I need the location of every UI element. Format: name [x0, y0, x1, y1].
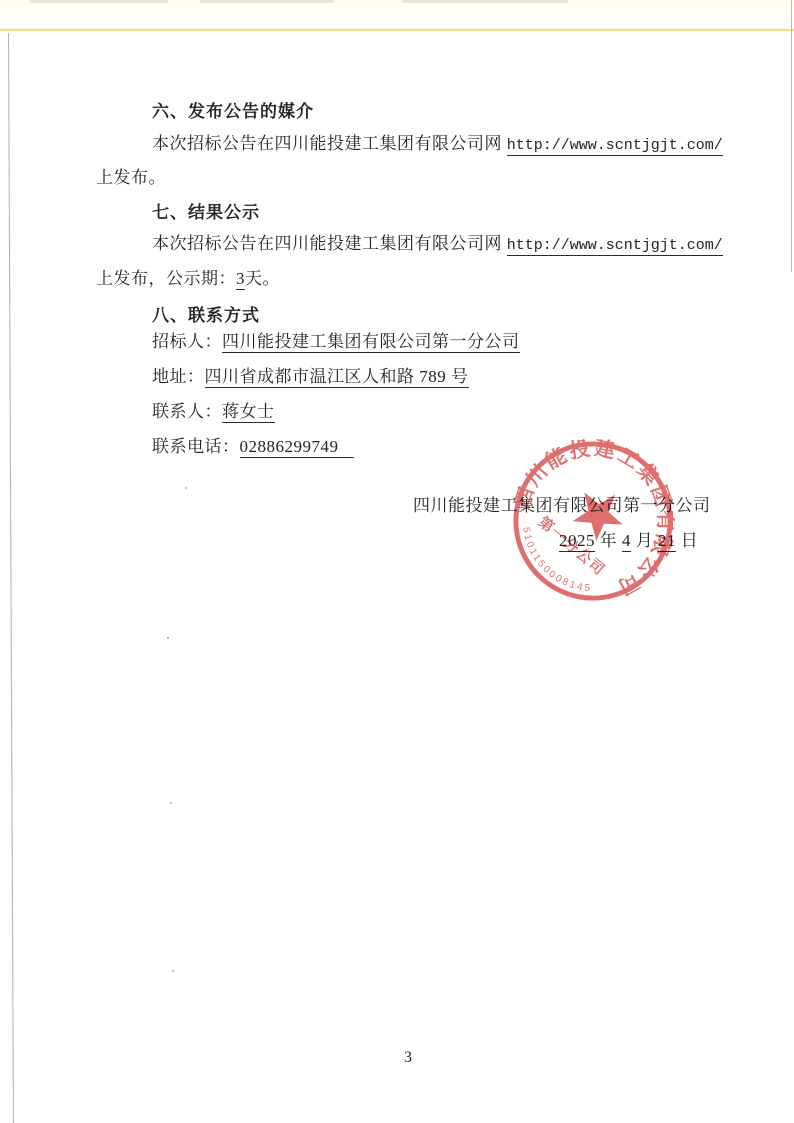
contact-row-person: 联系人：蒋女士: [152, 401, 275, 423]
media-body-prefix: 本次招标公告在四川能投建工集团有限公司网: [152, 134, 507, 153]
page-number: 3: [404, 1047, 413, 1069]
scan-artifact-smudge: [403, 0, 568, 3]
contact-row-phone: 联系电话：02886299749: [152, 436, 354, 458]
section-media-body-line1: 本次招标公告在四川能投建工集团有限公司网 http://www.scntjgjt…: [152, 133, 723, 155]
section-media-body-line2: 上发布。: [96, 167, 166, 189]
scanned-document: { "page": { "page_number": "3" }, "secti…: [0, 0, 794, 1123]
scan-artifact-speck: [167, 637, 169, 639]
field-label: 联系电话：: [152, 437, 240, 456]
scan-artifact-left-edge-line: [8, 33, 14, 1123]
contact-row-tenderer: 招标人：四川能投建工集团有限公司第一分公司: [152, 331, 520, 353]
scan-artifact-right-edge-line: [791, 0, 792, 272]
section-heading-contact: 八、联系方式: [152, 305, 260, 327]
website-url: http://www.scntjgjt.com/: [507, 237, 723, 256]
website-url: http://www.scntjgjt.com/: [507, 137, 723, 156]
date-day-label: 日: [681, 531, 699, 550]
results-cont-suffix: 天。: [245, 269, 280, 288]
seal-star-icon: [566, 479, 635, 547]
section-results-body-line2: 上发布，公示期：3天。: [96, 268, 280, 290]
phone-value: 02886299749: [240, 437, 354, 458]
field-label: 联系人：: [152, 402, 222, 421]
publicity-days-value: 3: [236, 269, 245, 290]
contact-person-value: 蒋女士: [222, 402, 275, 423]
field-label: 招标人：: [152, 332, 222, 351]
company-seal-stamp: 四川能投建工集团有限公司 第一分公司 5101150008145: [511, 439, 675, 603]
scan-artifact-smudge: [30, 0, 168, 3]
contact-row-address: 地址：四川省成都市温江区人和路 789 号: [152, 366, 469, 388]
results-body-prefix: 本次招标公告在四川能投建工集团有限公司网: [152, 234, 507, 253]
address-value: 四川省成都市温江区人和路 789 号: [205, 367, 469, 388]
tenderer-value: 四川能投建工集团有限公司第一分公司: [222, 332, 520, 353]
results-cont-prefix: 上发布，公示期：: [96, 269, 236, 288]
scan-artifact-top-band: [0, 0, 794, 31]
field-label: 地址：: [152, 367, 205, 386]
section-heading-results: 七、结果公示: [152, 202, 260, 224]
scan-artifact-smudge: [200, 0, 333, 3]
section-results-body-line1: 本次招标公告在四川能投建工集团有限公司网 http://www.scntjgjt…: [152, 233, 723, 255]
section-heading-media: 六、发布公告的媒介: [152, 101, 314, 123]
